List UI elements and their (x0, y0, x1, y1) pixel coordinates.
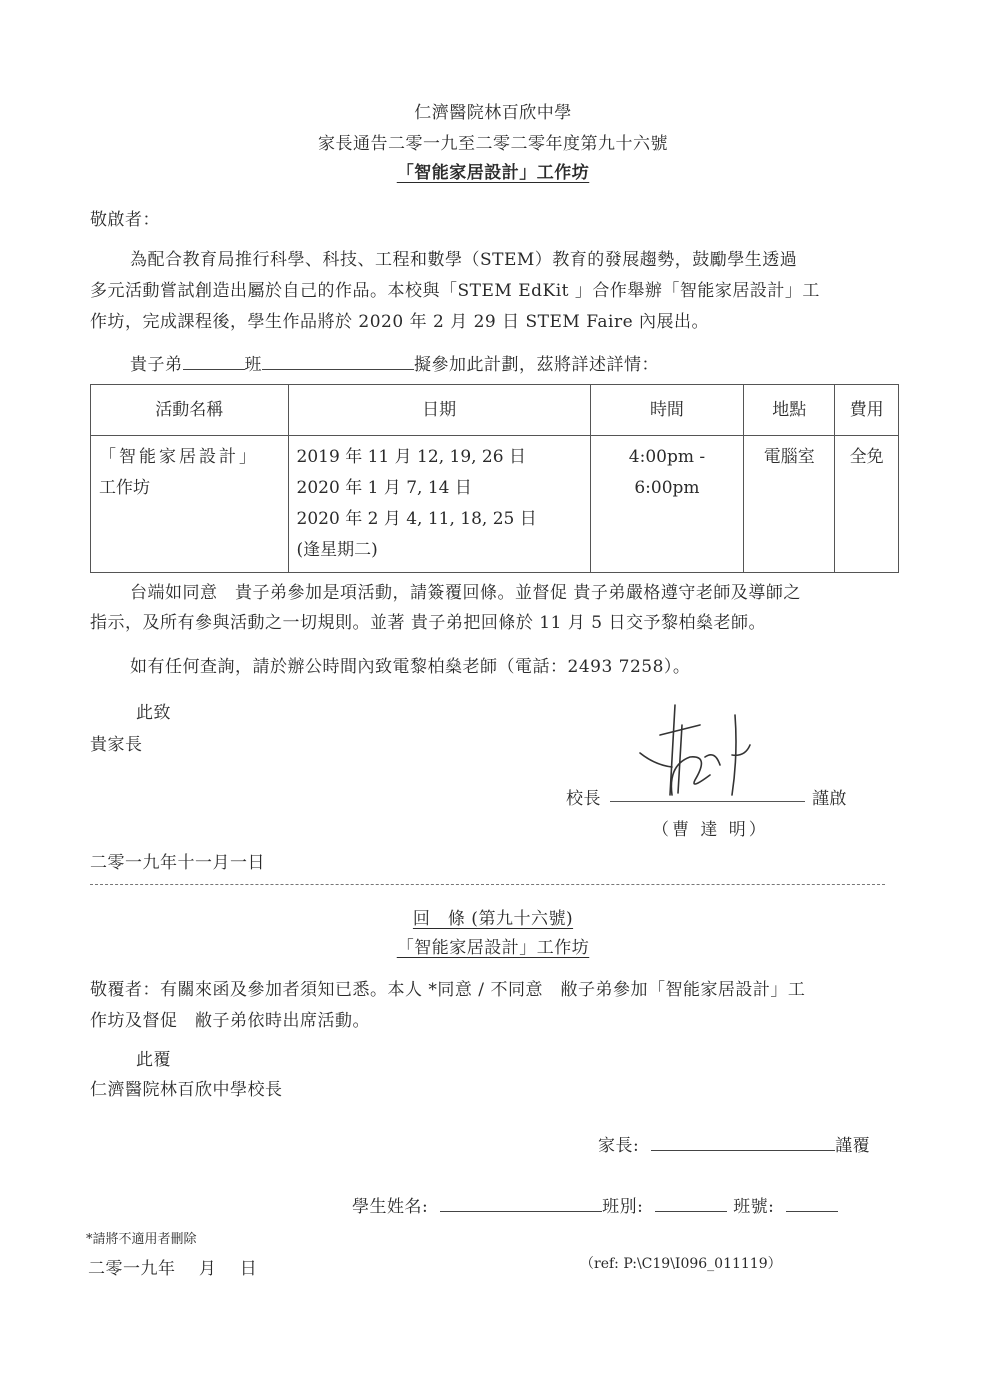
header-time: 時間 (590, 385, 744, 436)
parent-signature-row: 家長: 謹覆 (598, 1131, 870, 1156)
date-line: 2019 年 11 月 12, 19, 26 日 (297, 442, 582, 473)
student-info-row: 學生姓名: 班別: 班號: (352, 1192, 838, 1217)
closing-cizhi: 此致 (136, 698, 171, 723)
date-note: (逢星期二) (297, 535, 582, 566)
reply-closing: 此覆 (136, 1045, 171, 1070)
reference-code: （ref: P:\C19\I096_011119） (580, 1253, 782, 1273)
principal-suffix: 謹啟 (812, 784, 847, 809)
schedule-table: 活動名稱 日期 時間 地點 費用 「智能家居設計」 工作坊 2019 年 11 … (90, 384, 899, 573)
para3-line2: 指示，及所有參與活動之一切規則。並著 貴子弟把回條於 11 月 5 日交予黎柏燊… (90, 608, 766, 633)
cell-fee: 全免 (835, 436, 899, 573)
participation-suffix: 擬參加此計劃，茲將詳述詳情： (414, 355, 659, 375)
principal-name: （曹 達 明） (652, 815, 769, 840)
student-name-label: 學生姓名: (352, 1197, 428, 1217)
closing-recipient: 貴家長 (90, 730, 143, 755)
activity-name-line1: 「智能家居設計」 (99, 442, 280, 473)
class-label: 班別: (602, 1197, 643, 1217)
participation-prefix: 貴子弟 (130, 355, 183, 375)
cell-time: 4:00pm - 6:00pm (590, 436, 744, 573)
participation-line: 貴子弟班擬參加此計劃，茲將詳述詳情： (130, 350, 659, 375)
name-blank (262, 355, 414, 370)
class-field[interactable] (655, 1197, 727, 1212)
reply-body-line2: 作坊及督促 敝子弟依時出席活動。 (90, 1006, 370, 1031)
reply-title: 回 條 (第九十六號) (0, 904, 986, 929)
class-no-field[interactable] (786, 1197, 838, 1212)
parent-suffix: 謹覆 (835, 1136, 870, 1156)
cut-line-divider (90, 884, 885, 885)
header-fee: 費用 (835, 385, 899, 436)
principal-label: 校長 (566, 784, 601, 809)
class-no-label: 班號: (733, 1197, 774, 1217)
date-line: 2020 年 2 月 4, 11, 18, 25 日 (297, 504, 582, 535)
header-activity: 活動名稱 (91, 385, 289, 436)
table-row: 「智能家居設計」 工作坊 2019 年 11 月 12, 19, 26 日 20… (91, 436, 899, 573)
para1-line2: 多元活動嘗試創造出屬於自己的作品。本校與「STEM EdKit 」合作舉辦「智能… (90, 276, 820, 301)
footnote: *請將不適用者刪除 (86, 1228, 197, 1247)
class-blank (183, 355, 245, 370)
reply-date: 二零一九年 月 日 (88, 1254, 257, 1279)
reply-body-line1: 敬覆者：有關來函及參加者須知已悉。本人 *同意 / 不同意 敝子弟參加「智能家居… (90, 975, 805, 1000)
reply-subtitle: 「智能家居設計」工作坊 (0, 933, 986, 958)
notice-number: 家長通告二零一九至二零二零年度第九十六號 (0, 129, 986, 154)
activity-name-line2: 工作坊 (99, 473, 280, 504)
parent-signature-field[interactable] (651, 1136, 835, 1151)
enquiry-line: 如有任何查詢，請於辦公時間內致電黎柏燊老師（電話：2493 7258）。 (130, 652, 690, 677)
table-header-row: 活動名稱 日期 時間 地點 費用 (91, 385, 899, 436)
header-date: 日期 (288, 385, 590, 436)
para1-line1: 為配合教育局推行科學、科技、工程和數學（STEM）教育的發展趨勢，鼓勵學生透過 (130, 245, 797, 270)
cell-dates: 2019 年 11 月 12, 19, 26 日 2020 年 1 月 7, 1… (288, 436, 590, 573)
reply-recipient: 仁濟醫院林百欣中學校長 (90, 1075, 283, 1100)
parent-label: 家長: (598, 1136, 639, 1156)
student-name-field[interactable] (440, 1197, 602, 1212)
cell-activity: 「智能家居設計」 工作坊 (91, 436, 289, 573)
notice-title: 「智能家居設計」工作坊 (0, 158, 986, 183)
salutation: 敬啟者： (90, 205, 160, 230)
principal-signature-icon (620, 695, 770, 805)
participation-class-label: 班 (245, 355, 263, 375)
para1-line3: 作坊，完成課程後，學生作品將於 2020 年 2 月 29 日 STEM Fai… (90, 307, 709, 332)
letter-date: 二零一九年十一月一日 (90, 848, 265, 873)
date-line: 2020 年 1 月 7, 14 日 (297, 473, 582, 504)
school-name: 仁濟醫院林百欣中學 (0, 98, 986, 123)
signature-line (610, 801, 805, 802)
cell-venue: 電腦室 (744, 436, 835, 573)
para3-line1: 台端如同意 貴子弟參加是項活動，請簽覆回條。並督促 貴子弟嚴格遵守老師及導師之 (130, 578, 801, 603)
header-venue: 地點 (744, 385, 835, 436)
